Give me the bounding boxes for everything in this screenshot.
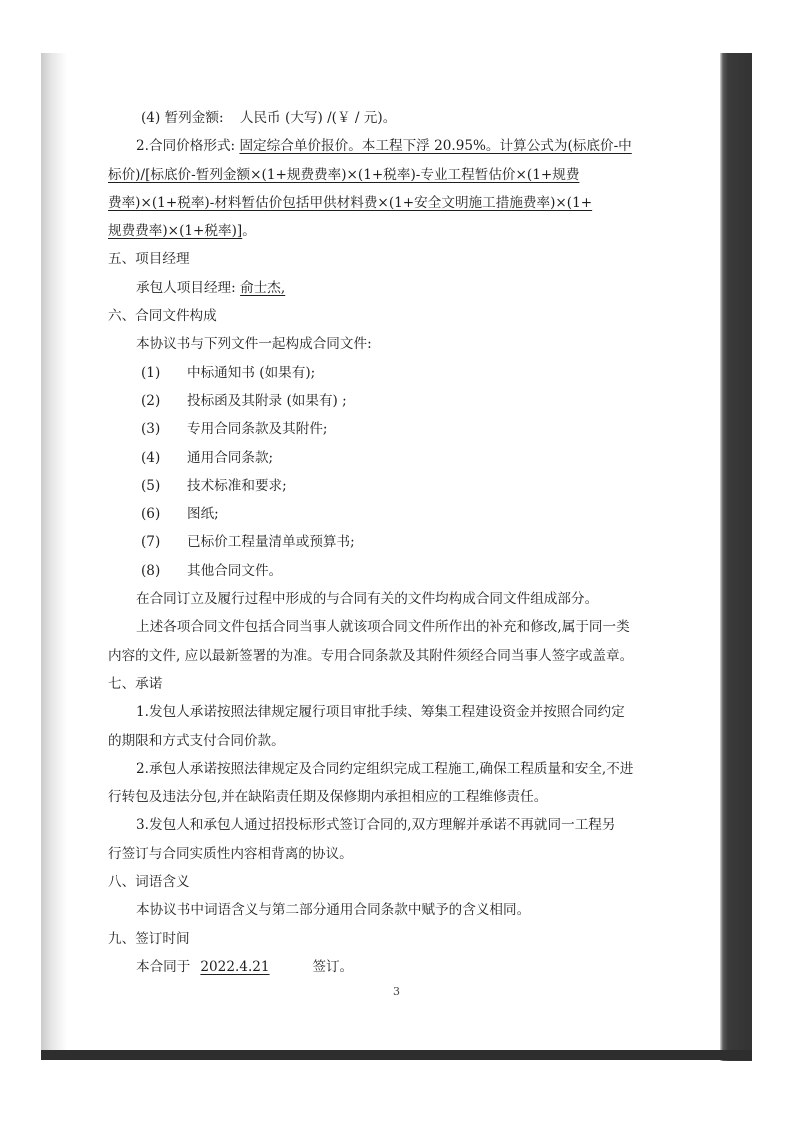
- list-item-number: (5): [141, 472, 187, 500]
- price-form-text: 标价)/[标底价-暂列金额×(1+规费费率)×(1+税率)-专业工程暂估价×(1…: [108, 167, 579, 183]
- project-manager-line: 承包人项目经理: 俞士杰,: [108, 274, 656, 302]
- provisional-sum-line: (4) 暂列金额: 人民币 (大写) /(￥ / 元)。: [108, 104, 656, 132]
- contract-documents-para-2-line-2: 内容的文件, 应以最新签署的为准。专用合同条款及其附件须经合同当事人签字或盖章。: [108, 642, 656, 670]
- price-form-text: 规费费率)×(1+税率)]: [108, 223, 242, 239]
- section-heading-project-manager: 五、项目经理: [108, 245, 656, 273]
- commitment-2-line-2: 行转包及违法分包,并在缺陷责任期及保修期内承担相应的工程维修责任。: [108, 783, 656, 811]
- price-form-text: 固定综合单价报价。本工程下浮 20.95%。计算公式为(标底价-中: [239, 138, 631, 154]
- list-item: (2)投标函及其附录 (如果有) ;: [108, 387, 656, 415]
- list-item-number: (6): [141, 500, 187, 528]
- commitment-1-line-2: 的期限和方式支付合同价款。: [108, 727, 656, 755]
- commitment-3-line-2: 行签订与合同实质性内容相背离的协议。: [108, 840, 656, 868]
- commitment-1-line-1: 1.发包人承诺按照法律规定履行项目审批手续、筹集工程建设资金并按照合同约定: [108, 698, 656, 726]
- list-item-text: 图纸;: [187, 506, 219, 522]
- page-number: 3: [0, 985, 793, 998]
- provisional-sum-value: 人民币 (大写) /(￥ / 元)。: [228, 110, 396, 126]
- section-heading-contract-documents: 六、合同文件构成: [108, 302, 656, 330]
- price-form-line-1: 2.合同价格形式: 固定综合单价报价。本工程下浮 20.95%。计算公式为(标底…: [108, 132, 656, 160]
- list-item-number: (8): [141, 557, 187, 585]
- commitment-2-line-1: 2.承包人承诺按照法律规定及合同约定组织完成工程施工,确保工程质量和安全,不进: [108, 755, 656, 783]
- price-form-line-4: 规费费率)×(1+税率)]。: [108, 217, 656, 245]
- project-manager-label: 承包人项目经理:: [136, 280, 236, 296]
- list-item: (6)图纸;: [108, 500, 656, 528]
- list-item-text: 投标函及其附录 (如果有) ;: [187, 393, 347, 409]
- definitions-text: 本协议书中词语含义与第二部分通用合同条款中赋予的含义相同。: [108, 896, 656, 924]
- list-item-text: 其他合同文件。: [187, 563, 282, 579]
- list-item-number: (1): [141, 359, 187, 387]
- signing-prefix: 本合同于: [136, 959, 190, 975]
- signing-date: 2022.4.21: [190, 959, 269, 975]
- list-item: (1)中标通知书 (如果有);: [108, 359, 656, 387]
- list-item-text: 专用合同条款及其附件;: [187, 421, 328, 437]
- punctuation: 。: [242, 223, 256, 239]
- list-item-number: (2): [141, 387, 187, 415]
- price-form-text: 费率)×(1+税率)-材料暂估价包括甲供材料费×(1+安全文明施工措施费率)×(…: [108, 195, 592, 211]
- signing-date-field: 2022.4.21: [190, 953, 312, 981]
- list-item: (8)其他合同文件。: [108, 557, 656, 585]
- list-item: (4)通用合同条款;: [108, 444, 656, 472]
- scan-bottom-edge: [41, 1050, 752, 1060]
- contract-documents-para-1: 在合同订立及履行过程中形成的与合同有关的文件均构成合同文件组成部分。: [108, 585, 656, 613]
- commitment-3-line-1: 3.发包人和承包人通过招投标形式签订合同的,双方理解并承诺不再就同一工程另: [108, 811, 656, 839]
- section-heading-definitions: 八、词语含义: [108, 868, 656, 896]
- price-form-line-3: 费率)×(1+税率)-材料暂估价包括甲供材料费×(1+安全文明施工措施费率)×(…: [108, 189, 656, 217]
- list-item-text: 技术标准和要求;: [187, 478, 287, 494]
- project-manager-name: 俞士杰,: [240, 280, 285, 296]
- list-item-number: (7): [141, 528, 187, 556]
- contract-documents-intro: 本协议书与下列文件一起构成合同文件:: [108, 330, 656, 358]
- price-form-label: 2.合同价格形式:: [136, 138, 235, 154]
- scan-left-shadow: [41, 53, 67, 1050]
- signing-line: 本合同于2022.4.21签订。: [108, 953, 656, 981]
- section-heading-signing: 九、签订时间: [108, 925, 656, 953]
- list-item-number: (4): [141, 444, 187, 472]
- document-body: (4) 暂列金额: 人民币 (大写) /(￥ / 元)。 2.合同价格形式: 固…: [108, 104, 656, 981]
- list-item: (7)已标价工程量清单或预算书;: [108, 528, 656, 556]
- contract-documents-para-2-line-1: 上述各项合同文件包括合同当事人就该项合同文件所作出的补充和修改,属于同一类: [108, 613, 656, 641]
- list-item-text: 中标通知书 (如果有);: [187, 365, 315, 381]
- list-item: (5)技术标准和要求;: [108, 472, 656, 500]
- scan-right-edge: [720, 53, 752, 1061]
- list-item-text: 通用合同条款;: [187, 450, 273, 466]
- signing-suffix: 签订。: [312, 959, 353, 975]
- list-item-text: 已标价工程量清单或预算书;: [187, 534, 355, 550]
- price-form-line-2: 标价)/[标底价-暂列金额×(1+规费费率)×(1+税率)-专业工程暂估价×(1…: [108, 161, 656, 189]
- section-heading-commitments: 七、承诺: [108, 670, 656, 698]
- list-item: (3)专用合同条款及其附件;: [108, 415, 656, 443]
- provisional-sum-label: (4) 暂列金额:: [141, 110, 224, 126]
- list-item-number: (3): [141, 415, 187, 443]
